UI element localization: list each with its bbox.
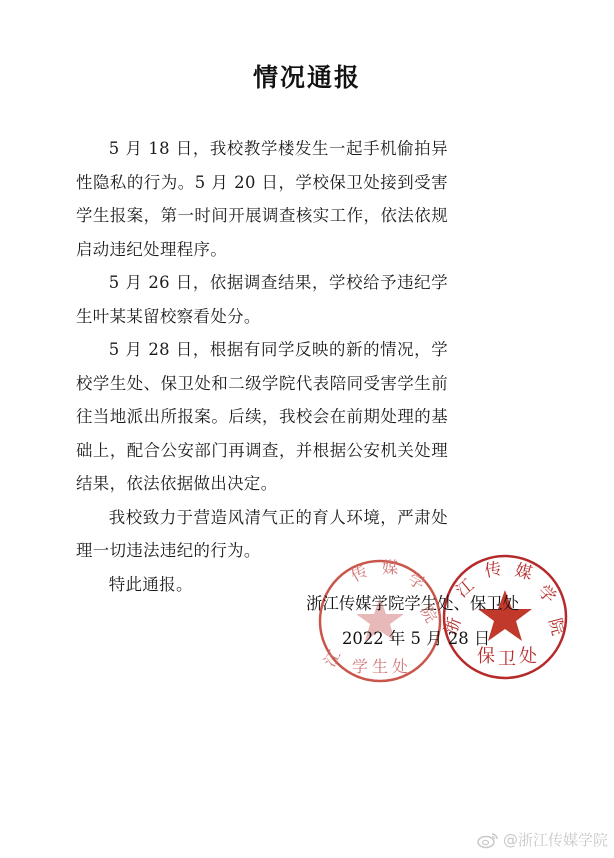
signature-date: 2022 年 5 月 28 日 [342,625,490,649]
svg-text:传: 传 [483,559,504,582]
paragraph-2: 5 月 26 日，依据调查结果，学校给予违纪学生叶某某留校察看处分。 [76,266,448,333]
seal-security-office-icon: 浙 江 传 媒 学 院 保 卫 处 [441,556,568,678]
weibo-watermark: @浙江传媒学院 [477,829,608,850]
paragraph-4: 我校致力于营造风清气正的育人环境，严肃处理一切违法违纪的行为。 [76,501,448,568]
svg-text:处: 处 [519,646,537,667]
signature-organization: 浙江传媒学院学生处、保卫处 [306,590,519,614]
document-body: 5 月 18 日，我校教学楼发生一起手机偷拍异性隐私的行为。5 月 20 日，学… [76,132,448,601]
svg-text:生: 生 [372,657,388,676]
svg-text:院: 院 [544,616,568,638]
watermark-text: @浙江传媒学院 [503,829,608,850]
svg-text:学: 学 [352,657,368,676]
svg-text:处: 处 [392,657,408,676]
svg-text:保: 保 [477,646,495,667]
weibo-icon [477,831,499,849]
paragraph-1: 5 月 18 日，我校教学楼发生一起手机偷拍异性隐私的行为。5 月 20 日，学… [76,132,448,266]
svg-text:学: 学 [533,581,559,607]
svg-text:卫: 卫 [498,649,516,670]
svg-text:媒: 媒 [513,561,535,585]
paragraph-3: 5 月 28 日，根据有同学反映的新的情况，学校学生处、保卫处和二级学院代表陪同… [76,333,448,501]
document-title: 情况通报 [0,58,614,94]
svg-text:江: 江 [320,647,344,670]
